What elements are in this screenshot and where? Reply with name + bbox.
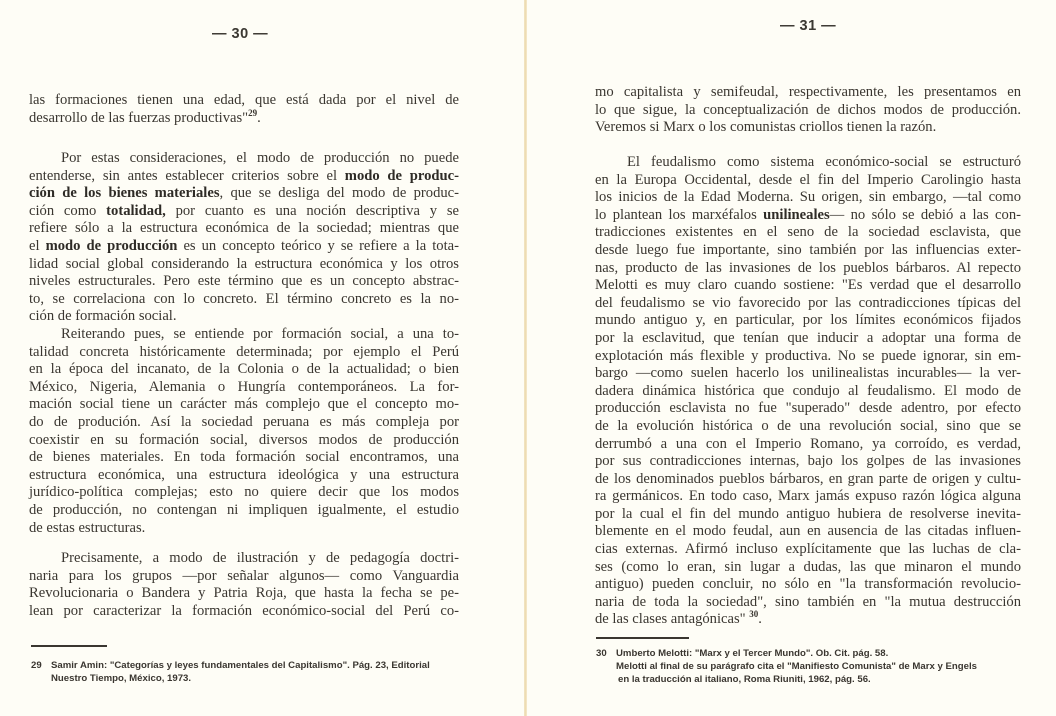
text-line: niveles estructurales. Pero este término… xyxy=(29,273,459,291)
text-line: explotación más flexible y productiva. N… xyxy=(595,348,1021,366)
footnote-separator xyxy=(596,637,689,639)
footnote: 30Umberto Melotti: "Marx y el Tercer Mun… xyxy=(596,647,1036,686)
text-line: ses (como lo eran, sin lugar a dudas, la… xyxy=(595,559,1021,577)
text-line: de producción, no contengan ni impliquen… xyxy=(29,502,459,520)
bold-term: unilineales xyxy=(763,207,830,223)
footnote-text: Nuestro Tiempo, México, 1973. xyxy=(31,672,471,685)
text-line: mación social tiene un carácter más comp… xyxy=(29,396,459,414)
paragraph: Reiterando pues, se entiende por formaci… xyxy=(29,326,459,537)
bold-term: ción de los bienes materiales xyxy=(29,185,220,201)
text-line: nas, producto de las invasiones de los p… xyxy=(595,260,1021,278)
text-line: dadera dinámica histórica que condujo al… xyxy=(595,383,1021,401)
text-line: ra germánicos. En todo caso, Marx jamás … xyxy=(595,488,1021,506)
text-line: mo capitalista y semifeudal, respectivam… xyxy=(595,84,1021,102)
bold-term: totalidad, xyxy=(106,203,166,219)
text-line: entenderse, sin antes establecer criteri… xyxy=(29,168,459,186)
right-page: — 31 — mo capitalista y semifeudal, resp… xyxy=(527,0,1056,716)
text-line: tradicciones existentes en el seno de la… xyxy=(595,224,1021,242)
footnote-number: 29 xyxy=(31,659,51,672)
text-line: ción de formación social. xyxy=(29,308,459,326)
text-line: desde luego fue importante, sino también… xyxy=(595,242,1021,260)
page-number: — 31 — xyxy=(780,18,836,34)
text-span: ción como xyxy=(29,203,106,219)
footnote-text: Samir Amin: "Categorías y leyes fundamen… xyxy=(51,660,430,671)
text-line: de las clases antagónicas" 30. xyxy=(595,611,1021,629)
text-span: , que se desliga del modo de produc- xyxy=(220,185,460,201)
text-line: ción como totalidad, por cuanto es una n… xyxy=(29,203,459,221)
text-line: El feudalismo como sistema económico-soc… xyxy=(595,154,1021,172)
text-span: entenderse, sin antes establecer criteri… xyxy=(29,168,345,184)
footnote-text: Melotti al final de su parágrafo cita el… xyxy=(596,660,1036,673)
text-line: jurídico-política complejas; esto no qui… xyxy=(29,484,459,502)
text-line: las formaciones tienen una edad, que est… xyxy=(29,92,459,110)
text-line: naria de toda la sociedad", sino también… xyxy=(595,594,1021,612)
text-line: de la evolución histórica o de una revol… xyxy=(595,418,1021,436)
text-line: refiere sólo a la estructura económica d… xyxy=(29,220,459,238)
text-span: el xyxy=(29,238,46,254)
paragraph: mo capitalista y semifeudal, respectivam… xyxy=(595,84,1021,137)
text-line: blemente en el modo feudal, aun en ausen… xyxy=(595,523,1021,541)
text-line: en la época del incanato, de la Colonia … xyxy=(29,361,459,379)
paragraph: Por estas consideraciones, el modo de pr… xyxy=(29,150,459,326)
text-line: Precisamente, a modo de ilustración y de… xyxy=(29,550,459,568)
paragraph: Precisamente, a modo de ilustración y de… xyxy=(29,550,459,620)
text-line: bargo —como suelen hacerlo los unilineal… xyxy=(595,365,1021,383)
text-line: cias externas. Afirmó incluso explícitam… xyxy=(595,541,1021,559)
text-line: de bienes materiales. En toda formación … xyxy=(29,449,459,467)
text-line: lo que sigue, la conceptualización de di… xyxy=(595,102,1021,120)
footnote-separator xyxy=(31,645,107,647)
paragraph: El feudalismo como sistema económico-soc… xyxy=(595,154,1021,629)
text-line: Revolucionaria o Bandera y Patria Roja, … xyxy=(29,585,459,603)
footnote-text: Umberto Melotti: "Marx y el Tercer Mundo… xyxy=(616,648,888,659)
text-line: to, se correlaciona con lo concreto. El … xyxy=(29,291,459,309)
footnote-ref[interactable]: 30 xyxy=(749,609,758,619)
text-line: por la esclavitud, que tenían que induci… xyxy=(595,330,1021,348)
text-span: . xyxy=(257,110,261,126)
text-line: el modo de producción es un concepto teó… xyxy=(29,238,459,256)
text-span: por cuanto es una noción descriptiva y s… xyxy=(166,203,459,219)
text-line: estructura económica, una estructura ide… xyxy=(29,467,459,485)
text-line: del feudalismo se vio favorecido por las… xyxy=(595,295,1021,313)
text-line: por la cual el fin del mundo antiguo hub… xyxy=(595,506,1021,524)
text-line: producción esclavista no fue "superado" … xyxy=(595,400,1021,418)
text-line: coexistir en su formación social, divers… xyxy=(29,432,459,450)
text-line: Veremos si Marx o los comunistas criollo… xyxy=(595,119,1021,137)
page-number: — 30 — xyxy=(212,26,268,42)
text-line: ción de los bienes materiales, que se de… xyxy=(29,185,459,203)
left-page: — 30 — las formaciones tienen una edad, … xyxy=(0,0,524,716)
text-line: Por estas consideraciones, el modo de pr… xyxy=(29,150,459,168)
text-span: es un concepto teórico y se refiere a la… xyxy=(177,238,459,254)
text-line: desarrollo de las fuerzas productivas"29… xyxy=(29,110,459,128)
text-line: los inicios de la Edad Moderna. Su orige… xyxy=(595,189,1021,207)
text-span: lo plantean los marxéfalos xyxy=(595,207,763,223)
footnote-number: 30 xyxy=(596,647,616,660)
text-line: Melotti es muy claro cuando sostiene: "E… xyxy=(595,277,1021,295)
text-line: lidad social global considerando la estr… xyxy=(29,256,459,274)
text-line: mundo antiguo y, en particular, por los … xyxy=(595,312,1021,330)
text-span: . xyxy=(758,611,762,627)
text-line: antiguo) pueden concluir, no sólo en "la… xyxy=(595,576,1021,594)
footnote-text: en la traducción al italiano, Roma Riuni… xyxy=(596,673,1036,686)
text-line: Reiterando pues, se entiende por formaci… xyxy=(29,326,459,344)
text-line: de los denominados pueblos bárbaros, en … xyxy=(595,471,1021,489)
text-span: — no sólo se debió a las con- xyxy=(830,207,1021,223)
text-line: de estas estructuras. xyxy=(29,520,459,538)
text-line: por sus contradicciones internas, bajo l… xyxy=(595,453,1021,471)
text-span: de las clases antagónicas" xyxy=(595,611,749,627)
text-line: lean por caracterizar la formación econó… xyxy=(29,603,459,621)
text-line: talidad concreta históricamente determin… xyxy=(29,344,459,362)
paragraph: las formaciones tienen una edad, que est… xyxy=(29,92,459,127)
bold-term: modo de producción xyxy=(46,238,178,254)
text-span: desarrollo de las fuerzas productivas" xyxy=(29,110,248,126)
text-line: do de produción. Así la sociedad peruana… xyxy=(29,414,459,432)
text-line: México, Nigeria, Alemania o Hungría cont… xyxy=(29,379,459,397)
text-line: en la Europa Occidental, desde el fin de… xyxy=(595,172,1021,190)
footnote-ref[interactable]: 29 xyxy=(248,108,257,118)
text-line: naria para los grupos —por señalar algun… xyxy=(29,568,459,586)
text-line: derrumbó a una con el Imperio Romano, ya… xyxy=(595,436,1021,454)
text-line: lo plantean los marxéfalos unilineales— … xyxy=(595,207,1021,225)
bold-term: modo de produc- xyxy=(345,168,459,184)
footnote: 29Samir Amin: "Categorías y leyes fundam… xyxy=(31,659,471,685)
